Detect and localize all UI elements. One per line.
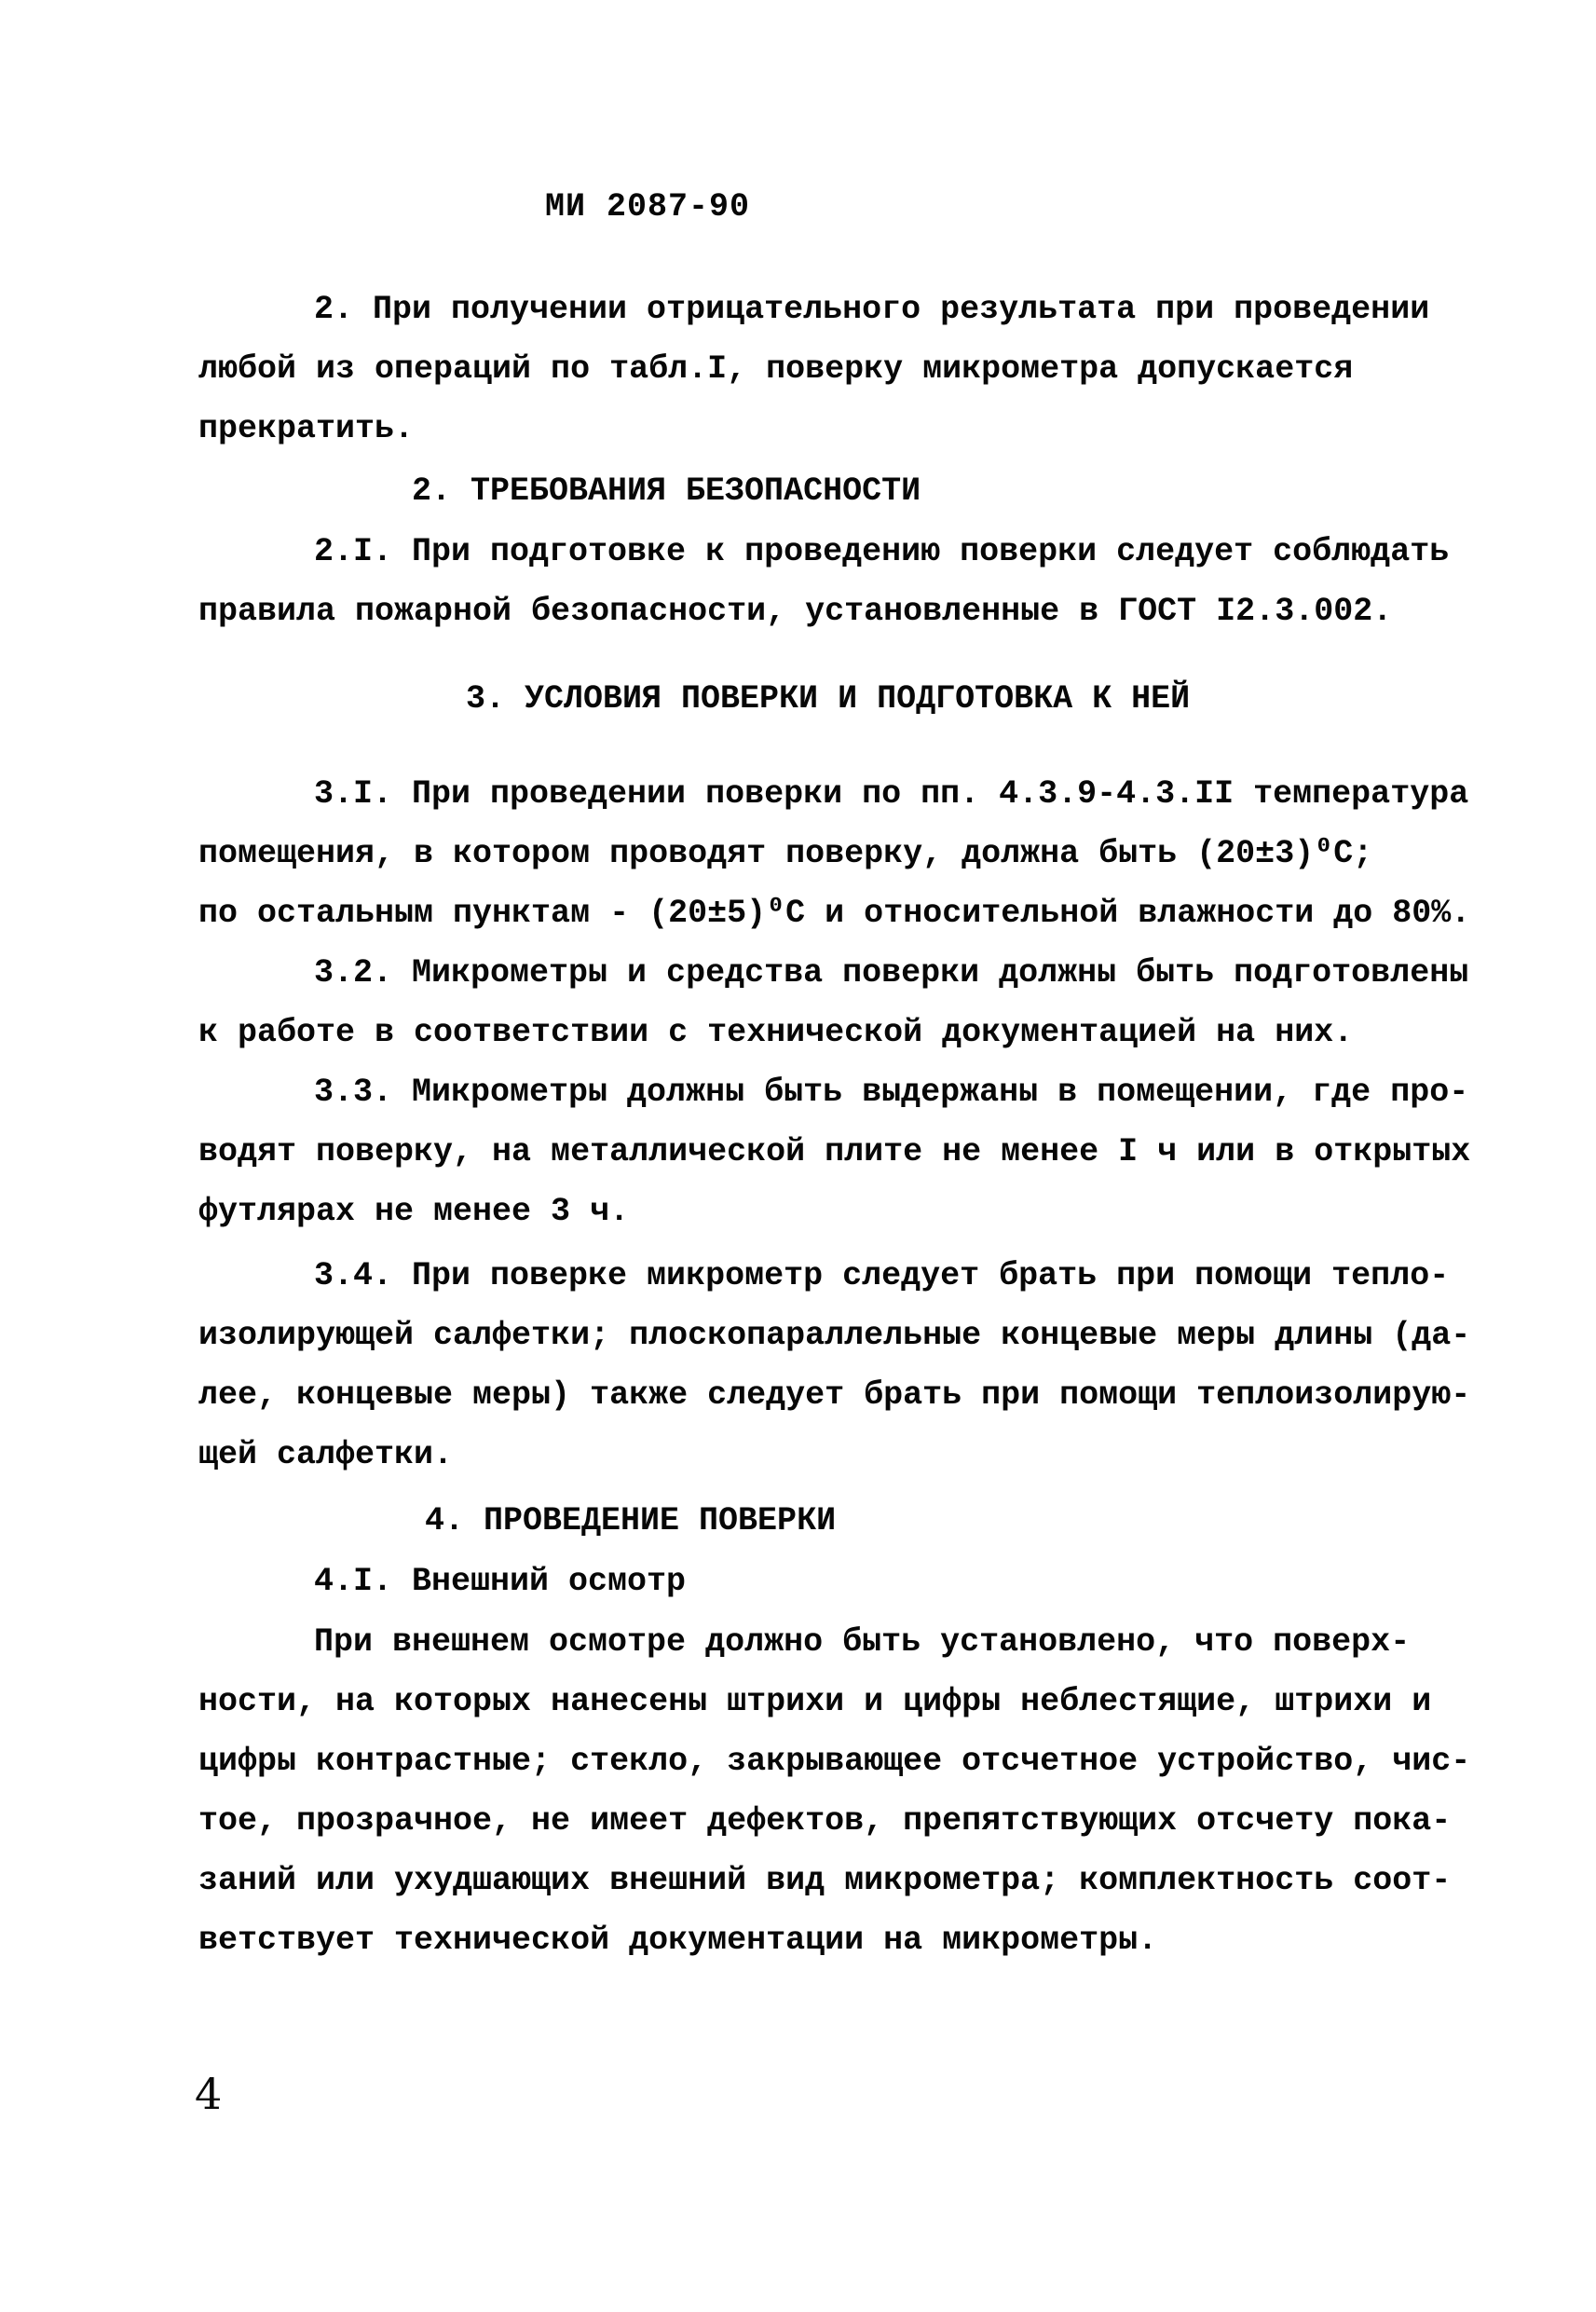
- document-page: МИ 2087-90 2. При получении отрицательно…: [0, 0, 1596, 2312]
- clause-2-paragraph: 2. При получении отрицательного результа…: [198, 280, 1503, 458]
- text-line: щей салфетки.: [198, 1425, 1503, 1484]
- text-line: 3.I. При проведении поверки по пп. 4.3.9…: [198, 764, 1503, 824]
- text-line: ветствует технической документации на ми…: [198, 1910, 1503, 1970]
- text-line: цифры контрастные; стекло, закрывающее о…: [198, 1731, 1503, 1791]
- text-line: прекратить.: [198, 399, 1503, 458]
- text-line: по остальным пунктам - (20±5)⁰С и относи…: [198, 883, 1503, 943]
- section-2-heading: 2. ТРЕБОВАНИЯ БЕЗОПАСНОСТИ: [198, 461, 1503, 521]
- text-line: 3.3. Микрометры должны быть выдержаны в …: [198, 1062, 1503, 1122]
- text-line: заний или ухудшающих внешний вид микроме…: [198, 1851, 1503, 1910]
- clause-4-1-heading: 4.I. Внешний осмотр: [198, 1552, 1503, 1611]
- clause-2-1-paragraph: 2.I. При подготовке к проведению поверки…: [198, 522, 1503, 641]
- text-line: При внешнем осмотре должно быть установл…: [198, 1612, 1503, 1672]
- text-line: 3.2. Микрометры и средства поверки должн…: [198, 943, 1503, 1003]
- clause-3-4-paragraph: 3.4. При поверке микрометр следует брать…: [198, 1246, 1503, 1484]
- doc-code-header: МИ 2087-90: [198, 177, 1503, 237]
- text-line: водят поверку, на металлической плите не…: [198, 1122, 1503, 1182]
- text-line: 3.4. При поверке микрометр следует брать…: [198, 1246, 1503, 1306]
- text-line: изолирующей салфетки; плоскопараллельные…: [198, 1306, 1503, 1365]
- text-line: ности, на которых нанесены штрихи и цифр…: [198, 1672, 1503, 1731]
- clause-3-1-paragraph: 3.I. При проведении поверки по пп. 4.3.9…: [198, 764, 1503, 943]
- text-line: помещения, в котором проводят поверку, д…: [198, 824, 1503, 883]
- section-4-heading: 4. ПРОВЕДЕНИЕ ПОВЕРКИ: [198, 1491, 1503, 1551]
- document-body: МИ 2087-90 2. При получении отрицательно…: [198, 177, 1503, 1970]
- text-line: тое, прозрачное, не имеет дефектов, преп…: [198, 1791, 1503, 1851]
- text-line: 2. При получении отрицательного результа…: [198, 280, 1503, 339]
- text-line: любой из операций по табл.I, поверку мик…: [198, 339, 1503, 399]
- page-number: 4: [195, 2071, 222, 2117]
- clause-3-3-paragraph: 3.3. Микрометры должны быть выдержаны в …: [198, 1062, 1503, 1241]
- section-3-heading: 3. УСЛОВИЯ ПОВЕРКИ И ПОДГОТОВКА К НЕЙ: [198, 669, 1503, 729]
- clause-3-2-paragraph: 3.2. Микрометры и средства поверки должн…: [198, 943, 1503, 1062]
- text-line: футлярах не менее 3 ч.: [198, 1182, 1503, 1241]
- text-line: к работе в соответствии с технической до…: [198, 1003, 1503, 1062]
- text-line: правила пожарной безопасности, установле…: [198, 581, 1503, 641]
- text-line: 2.I. При подготовке к проведению поверки…: [198, 522, 1503, 581]
- clause-4-1-paragraph: При внешнем осмотре должно быть установл…: [198, 1612, 1503, 1970]
- text-line: лее, концевые меры) также следует брать …: [198, 1365, 1503, 1425]
